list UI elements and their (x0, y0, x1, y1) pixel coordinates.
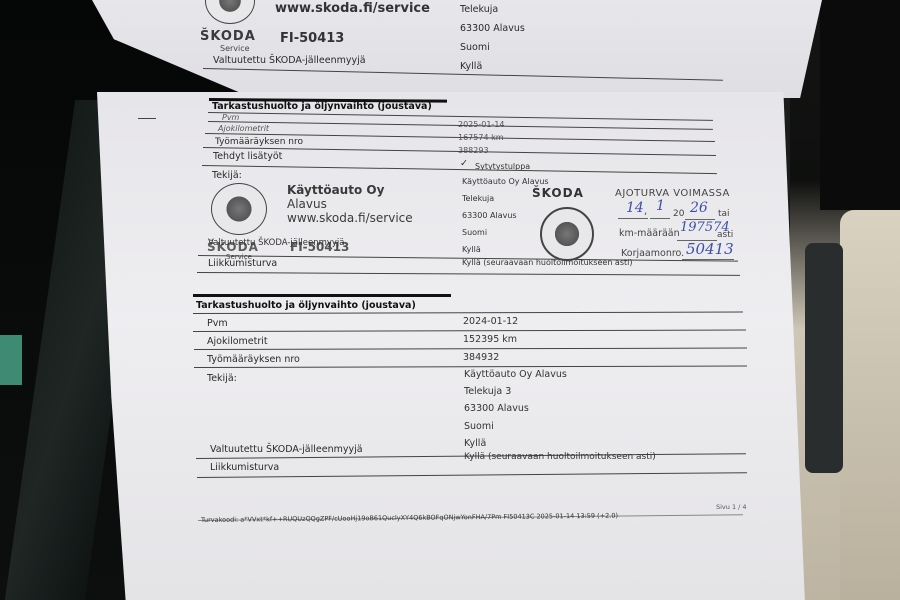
row-label: Tehdyt lisätyöt (213, 151, 282, 162)
flap-brand-sub: Service (220, 44, 250, 53)
performer-line: Käyttöauto Oy Alavus (464, 369, 567, 380)
section-rule (193, 294, 451, 297)
ajoturva-brand: ŠKODA (532, 186, 584, 200)
phone (805, 243, 843, 473)
ajoturva-day: 14 (626, 200, 644, 216)
row-label: Pvm (207, 318, 228, 329)
stamp-city: Alavus (287, 197, 327, 211)
row-label: Työmääräyksen nro (215, 137, 303, 147)
ajoturva-km-label: km-määrään (619, 228, 680, 239)
flap-address-line: 63300 Alavus (460, 23, 525, 34)
performer-line: 63300 Alavus (464, 403, 529, 414)
check-icon: ✓ (460, 158, 468, 169)
performer-label: Tekijä: (207, 373, 237, 384)
performer-line: Telekuja 3 (464, 386, 511, 397)
row-value: 2024-01-12 (463, 316, 518, 327)
green-card (0, 335, 22, 385)
performer-line: Suomi (462, 228, 487, 237)
record-2024-title: Tarkastushuolto ja öljynvaihto (joustava… (196, 300, 416, 311)
stamp-website: www.skoda.fi/service (287, 211, 413, 225)
performer-label: Tekijä: (212, 170, 242, 181)
ajoturva-workshop-label: Korjaamonro. (621, 248, 684, 259)
mobility-value: Kyllä (seuraavaan huoltoilmoitukseen ast… (464, 452, 656, 462)
mobility-value: Kyllä (seuraavaan huoltoilmoitukseen ast… (462, 258, 632, 267)
record-2025-title: Tarkastushuolto ja öljynvaihto (joustava… (212, 101, 432, 112)
flap-website: www.skoda.fi/service (275, 1, 430, 16)
underline (650, 218, 670, 219)
underline (618, 218, 648, 219)
row-label: Työmääräyksen nro (207, 354, 300, 365)
stamp-company: Käyttöauto Oy (287, 183, 384, 197)
performer-line: 63300 Alavus (462, 211, 517, 220)
car-seat (840, 210, 900, 600)
margin-mark (138, 118, 156, 119)
performer-line: Telekuja (462, 194, 494, 203)
flap-brand: ŠKODA (200, 29, 256, 44)
performer-line: Kyllä (462, 245, 481, 254)
skoda-logo-icon (540, 207, 594, 261)
authorized-dealer-label: Valtuutettu ŠKODA-jälleenmyyjä (208, 238, 345, 248)
ajoturva-year: 26 (690, 200, 708, 216)
skoda-logo-icon (211, 183, 267, 235)
flap-authorized-dealer: Valtuutettu ŠKODA-jälleenmyyjä (213, 55, 366, 66)
ajoturva-title: AJOTURVA VOIMASSA (615, 188, 730, 199)
ajoturva-km-suffix: asti (717, 230, 733, 240)
flap-address-line: Kyllä (460, 61, 482, 72)
row-value: 384932 (463, 352, 499, 363)
row-label: Ajokilometrit (207, 336, 268, 347)
ajoturva-or: tai (718, 209, 730, 219)
authorized-dealer-label: Valtuutettu ŠKODA-jälleenmyyjä (210, 444, 363, 455)
underline (682, 259, 734, 260)
performer-line: Kyllä (464, 438, 486, 449)
ajoturva-year-prefix: 20 (673, 209, 684, 219)
row-value: 152395 km (463, 334, 517, 345)
flap-address-line: Telekuja (460, 4, 498, 15)
mobility-label: Liikkumisturva (210, 462, 279, 473)
mobility-label: Liikkumisturva (208, 258, 277, 269)
car-interior-dark (820, 0, 900, 210)
flap-address-line: Suomi (460, 42, 490, 53)
page-number: Sivu 1 / 4 (716, 503, 747, 511)
row-label: Ajokilometrit (218, 124, 269, 133)
ajoturva-month: 1 (656, 198, 665, 214)
ajoturva-workshop-value: 50413 (686, 240, 734, 258)
flap-dealer-code: FI-50413 (280, 31, 344, 46)
performer-line: Suomi (464, 421, 494, 432)
performer-line: Käyttöauto Oy Alavus (462, 177, 549, 186)
